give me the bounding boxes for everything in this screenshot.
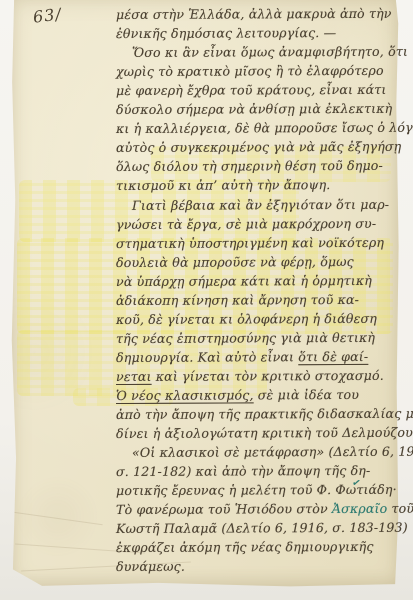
manuscript-line: Κωστῆ Παλαμᾶ (Δελτίο 6, 1916, σ. 183-193…	[116, 518, 408, 538]
handwritten-text-segment: δίνει ἡ ἀξιολογώτατη κριτικὴ τοῦ Δελμούζ…	[116, 425, 413, 441]
manuscript-line: στηματικὴ ὑποστηριγμένη καὶ νοϊκότερη	[116, 232, 384, 252]
teal-ink-word: Ἀσκραῖο	[332, 501, 388, 516]
handwritten-text-segment: τοῦ	[387, 501, 413, 516]
handwritten-text-segment: δύσκολο σήμερα νὰ ἀνθίσῃ μιὰ ἐκλεκτικὴ	[116, 101, 392, 117]
handwritten-text-segment: Κωστῆ Παλαμᾶ (Δελτίο 6, 1916, σ. 183-193…	[116, 520, 408, 536]
handwritten-text-segment: δυνάμεως.	[116, 559, 185, 574]
manuscript-line: μὲ φανερὴ ἔχθρα τοῦ κράτους, εἶναι κάτι	[116, 80, 387, 100]
manuscript-line: δύσκολο σήμερα νὰ ἀνθίσῃ μιὰ ἐκλεκτικὴ	[116, 99, 392, 119]
manuscript-line: ἀδιάκοπη κίνηση καὶ ἄρνηση τοῦ κα-	[116, 290, 359, 310]
handwritten-text-segment: ἐθνικῆς δημόσιας λειτουργίας. —	[116, 25, 336, 41]
scanned-document-page: 63/ μέσα στὴν Ἑλλάδα, ἀλλὰ μακρυὰ ἀπὸ τὴ…	[0, 0, 413, 600]
handwritten-text-segment: τικισμοῦ κι ἀπ’ αὐτὴ τὴν ἄποψη.	[116, 178, 330, 194]
manuscript-line: δημιουργία. Καὶ αὐτὸ εἶναι ὅτι δὲ φαί-	[116, 347, 368, 367]
manuscript-line: κοῦ, δὲ γίνεται κι ὁλοφάνερη ἡ διάθεση	[116, 309, 377, 329]
handwritten-text-segment: «Οἱ κλασικοὶ σὲ μετάφραση» (Δελτίο 6, 19…	[132, 444, 413, 460]
manuscript-line: Ὅσο κι ἂν εἶναι ὅμως ἀναμφισβήτητο, ὅτι	[116, 42, 408, 62]
handwritten-text-segment: Ὅσο κι ἂν εἶναι ὅμως ἀναμφισβήτητο, ὅτι	[132, 44, 408, 60]
manuscript-line: νεται καὶ γίνεται τὸν κριτικὸ στοχασμό.	[116, 366, 384, 386]
handwritten-text-segment: αὐτὸς ὁ συγκεκριμένος γιὰ νὰ μᾶς ἐξηγήσῃ	[116, 139, 401, 155]
manuscript-line: Τὸ φανέρωμα τοῦ Ἡσιόδου στὸν Ἀσκραῖο τοῦ	[116, 499, 413, 519]
manuscript-line: τῆς νέας ἐπιστημοσύνης γιὰ μιὰ θετικὴ	[116, 328, 375, 348]
manuscript-line: σ. 121-182) καὶ ἀπὸ τὴν ἄποψη τῆς δη-	[116, 461, 370, 481]
handwritten-text-segment: ἐκφράζει ἀκόμη τῆς νέας δημιουργικῆς	[116, 539, 374, 555]
handwritten-text-segment: στηματικὴ ὑποστηριγμένη καὶ νοϊκότερη	[116, 234, 384, 250]
manuscript-line: αὐτὸς ὁ συγκεκριμένος γιὰ νὰ μᾶς ἐξηγήσῃ	[116, 137, 401, 157]
handwritten-text-segment: σὲ μιὰ ἰδέα του	[254, 387, 359, 402]
handwritten-text-segment: νὰ ὑπάρχῃ σήμερα κάτι καὶ ἡ ὁρμητικὴ	[116, 273, 372, 289]
manuscript-line: ἀπὸ τὴν ἄποψη τῆς πρακτικῆς διδασκαλίας …	[116, 404, 413, 424]
handwritten-text-segment: δημιουργία. Καὶ αὐτὸ εἶναι	[116, 349, 298, 365]
handwritten-text-segment: χωρὶς τὸ κρατικὸ μῖσος ἢ τὸ ἐλαφρότερο	[116, 63, 384, 79]
manuscript-text: μέσα στὴν Ἑλλάδα, ἀλλὰ μακρυὰ ἀπὸ τὴνἐθν…	[0, 0, 413, 600]
handwritten-text-segment: ὅτι δὲ φαί-	[298, 349, 368, 364]
handwritten-text-segment: καὶ γίνεται τὸν κριτικὸ στοχασμό.	[152, 368, 384, 384]
manuscript-line: νὰ ὑπάρχῃ σήμερα κάτι καὶ ἡ ὁρμητικὴ	[116, 271, 372, 291]
manuscript-line: δυνάμεως.	[116, 557, 185, 576]
handwritten-text-segment: ἀδιάκοπη κίνηση καὶ ἄρνηση τοῦ κα-	[116, 292, 359, 308]
manuscript-line: δουλειὰ θὰ μποροῦσε νὰ φέρῃ, ὅμως	[116, 252, 354, 272]
handwritten-text-segment: Ὁ νέος κλασικισμός,	[116, 387, 254, 403]
manuscript-line: γνώσει τὰ ἔργα, σὲ μιὰ μακρόχρονη συ-	[116, 213, 376, 233]
handwritten-text-segment: ὅλως διόλου τὴ σημερινὴ θέση τοῦ δημο-	[116, 158, 383, 174]
handwritten-text-segment: Γιατὶ βέβαια καὶ ἂν ἐξηγιόταν ὅτι μαρ-	[132, 196, 389, 212]
handwritten-text-segment: κι ἡ καλλιέργεια, δὲ θὰ μποροῦσε ἴσως ὁ …	[116, 120, 413, 136]
manuscript-line: ἐκφράζει ἀκόμη τῆς νέας δημιουργικῆς	[116, 537, 374, 557]
handwritten-text-segment: νεται	[116, 369, 152, 384]
handwritten-text-segment: μέσα στὴν Ἑλλάδα, ἀλλὰ μακρυὰ ἀπὸ τὴν	[116, 6, 392, 22]
manuscript-line: «Οἱ κλασικοὶ σὲ μετάφραση» (Δελτίο 6, 19…	[116, 442, 413, 462]
handwritten-text-segment: σ. 121-182) καὶ ἀπὸ τὴν ἄποψη τῆς δη-	[116, 463, 370, 479]
handwritten-text-segment: μὲ φανερὴ ἔχθρα τοῦ κράτους, εἶναι κάτι	[116, 82, 387, 98]
manuscript-line: δίνει ἡ ἀξιολογώτατη κριτικὴ τοῦ Δελμούζ…	[116, 423, 413, 443]
manuscript-line: Ὁ νέος κλασικισμός, σὲ μιὰ ἰδέα του	[116, 385, 359, 405]
handwritten-text-segment: δουλειὰ θὰ μποροῦσε νὰ φέρῃ, ὅμως	[116, 254, 354, 270]
handwritten-text-segment: κοῦ, δὲ γίνεται κι ὁλοφάνερη ἡ διάθεση	[116, 311, 377, 327]
manuscript-line: ὅλως διόλου τὴ σημερινὴ θέση τοῦ δημο-	[116, 156, 383, 176]
handwritten-text-segment: γνώσει τὰ ἔργα, σὲ μιὰ μακρόχρονη συ-	[116, 215, 376, 231]
manuscript-line: τικισμοῦ κι ἀπ’ αὐτὴ τὴν ἄποψη.	[116, 176, 330, 196]
manuscript-line: μέσα στὴν Ἑλλάδα, ἀλλὰ μακρυὰ ἀπὸ τὴν	[116, 4, 392, 24]
manuscript-line: χωρὶς τὸ κρατικὸ μῖσος ἢ τὸ ἐλαφρότερο	[116, 61, 384, 81]
manuscript-line: ἐθνικῆς δημόσιας λειτουργίας. —	[116, 23, 336, 43]
handwritten-text-segment: Τὸ φανέρωμα τοῦ Ἡσιόδου στὸν	[116, 501, 332, 517]
manuscript-line: Γιατὶ βέβαια καὶ ἂν ἐξηγιόταν ὅτι μαρ-	[116, 194, 389, 214]
manuscript-line: κι ἡ καλλιέργεια, δὲ θὰ μποροῦσε ἴσως ὁ …	[116, 118, 413, 138]
handwritten-text-segment: τῆς νέας ἐπιστημοσύνης γιὰ μιὰ θετικὴ	[116, 330, 375, 346]
handwritten-text-segment: ἀπὸ τὴν ἄποψη τῆς πρακτικῆς διδασκαλίας …	[116, 406, 413, 422]
